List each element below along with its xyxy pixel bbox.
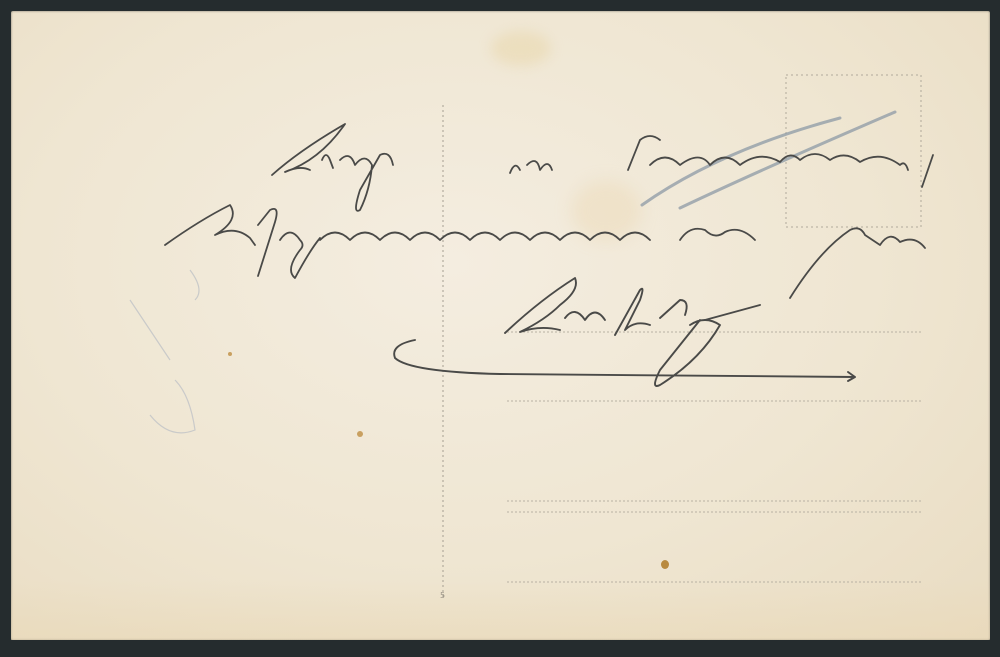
address-lines [507, 332, 922, 582]
small-printed-mark: 5 [440, 591, 445, 600]
faint-pencil-marks [130, 270, 199, 433]
postcard-markings: 5 [0, 0, 1000, 657]
handwriting-line-2 [165, 205, 925, 298]
